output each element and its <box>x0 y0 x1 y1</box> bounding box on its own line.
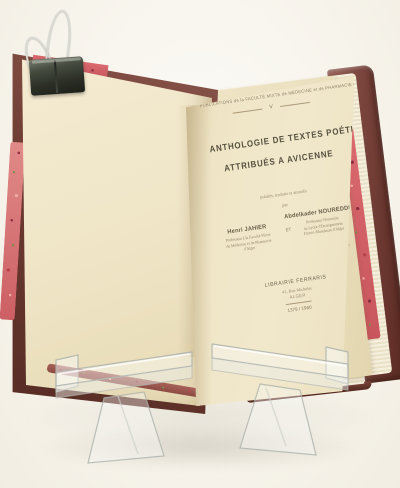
acrylic-stand-left <box>48 336 200 468</box>
author-left: Henri JAHIER Professeur à la Faculté Mix… <box>212 222 285 257</box>
binder-clip <box>26 8 86 102</box>
acrylic-stand-left-shape <box>48 336 200 468</box>
binder-clip-body <box>29 56 85 96</box>
series-rule-right <box>280 101 310 106</box>
series-number: V <box>269 104 273 110</box>
series-rule-left <box>233 108 263 113</box>
book-title: ANTHOLOGIE DE TEXTES POÉTIQUES ATTRIBUÉS… <box>200 124 355 176</box>
acrylic-stand-right-shape <box>204 328 356 460</box>
acrylic-stand-right <box>204 328 356 460</box>
